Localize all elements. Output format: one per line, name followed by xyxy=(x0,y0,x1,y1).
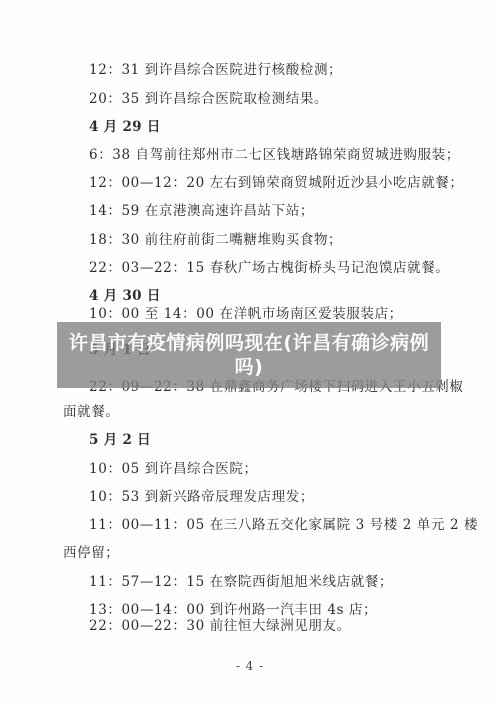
timeline-entry: 14：59 在京港澳高速许昌站下站； xyxy=(89,202,314,220)
title-banner: 许昌市有疫情病例吗现在(许昌有确诊病例吗) xyxy=(57,322,441,388)
timeline-entry: 20：35 到许昌综合医院取检测结果。 xyxy=(89,90,328,108)
timeline-entry-continuation: 面就餐。 xyxy=(63,403,119,421)
banner-title: 许昌市有疫情病例吗现在(许昌有确诊病例吗) xyxy=(64,331,434,379)
date-heading: 4 月 29 日 xyxy=(89,118,161,136)
timeline-entry-continuation: 西停留； xyxy=(63,544,119,562)
timeline-entry: 11：00—11：05 在三八路五交化家属院 3 号楼 2 单元 2 楼 xyxy=(89,516,478,534)
timeline-entry: 18：30 前往府前街二嘴糖堆购买食物； xyxy=(89,231,342,249)
timeline-entry: 6：38 自驾前往郑州市二七区钱塘路锦荣商贸城进购服装； xyxy=(89,146,460,164)
page-number: - 4 - xyxy=(0,659,500,673)
timeline-entry: 12：31 到许昌综合医院进行核酸检测； xyxy=(89,61,342,79)
date-heading: 5 月 2 日 xyxy=(89,431,151,449)
timeline-entry: 11：57—12：15 在察院西街旭旭米线店就餐； xyxy=(89,573,393,591)
timeline-entry: 10：53 到新兴路帝辰理发店理发； xyxy=(89,488,314,506)
timeline-entry: 22：03—22：15 春秋广场古槐街桥头马记泡馍店就餐。 xyxy=(89,259,449,277)
date-heading: 4 月 30 日 xyxy=(89,287,161,305)
timeline-entry: 22：00—22：30 前往恒大绿洲见朋友。 xyxy=(89,617,351,635)
timeline-entry: 12：00—12：20 左右到锦荣商贸城附近沙县小吃店就餐； xyxy=(89,174,464,192)
timeline-entry: 10：05 到许昌综合医院； xyxy=(89,460,258,478)
timeline-entry: 10：00 至 14：00 在洋帆市场南区爱装服装店； xyxy=(89,305,403,323)
